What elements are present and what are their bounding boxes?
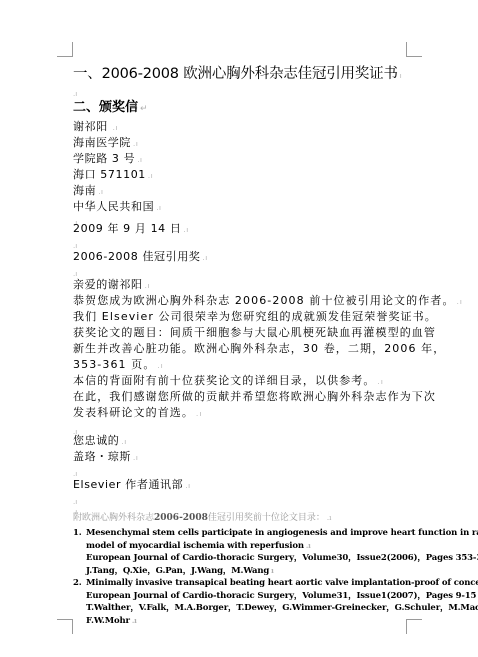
paragraph-mark: .ı bbox=[157, 362, 163, 370]
letter-signer: 盖珞・琼斯.ı bbox=[73, 450, 138, 465]
paragraph-mark: .ı bbox=[185, 482, 190, 490]
address-city-postcode: 海口 571101.ı bbox=[73, 168, 153, 183]
margin-corner-top-right bbox=[406, 42, 422, 57]
paragraph-mark: .ı bbox=[156, 204, 161, 212]
body-line: 获奖论文的题目：间质干细胞参与大鼠心肌梗死缺血再灌模型的血管 bbox=[73, 326, 436, 339]
paragraph-mark: .ı bbox=[137, 156, 142, 164]
paragraph-mark: .ı bbox=[327, 514, 331, 522]
address-province: 海南.ı bbox=[73, 184, 104, 199]
address-name: 谢祁阳 .ı bbox=[73, 120, 118, 135]
address-country: 中华人民共和国.ı bbox=[73, 200, 162, 215]
margin-corner-top-left bbox=[57, 42, 73, 57]
body-line: 353-361 页。.ı bbox=[73, 358, 164, 373]
body-line: 新生并改善心脏功能。欧洲心胸外科杂志，30 卷，二期，2006 年， bbox=[73, 342, 445, 355]
letter-salutation: 亲爱的谢祁阳.ı bbox=[73, 278, 150, 293]
paragraph-mark: .ı bbox=[133, 454, 138, 462]
paragraph-mark: .ı bbox=[133, 140, 138, 148]
letter-date: 2009 年 9 月 14 日.ı bbox=[73, 222, 189, 237]
attachment-header: 附欧洲心胸外科杂志2006-2008佳冠引用奖前十位论文目录：.ı bbox=[73, 512, 331, 525]
paragraph-mark: ı bbox=[271, 566, 274, 575]
paragraph-mark: .ı bbox=[121, 438, 126, 446]
section2-title: 二、颁奖信↵ bbox=[73, 100, 148, 117]
paragraph-mark: .ı bbox=[202, 254, 207, 262]
body-line: 本信的背面附有前十位获奖论文的详细目录，以供参考。.ı bbox=[73, 374, 384, 389]
body-line: 恭贺您成为欧洲心胸外科杂志 2006-2008 前十位被引用论文的作者。.ı bbox=[73, 294, 463, 309]
section1-title: 一、2006-2008 欧洲心胸外科杂志佳冠引用奖证书ı bbox=[73, 65, 402, 85]
paragraph-mark: .ı bbox=[145, 282, 150, 290]
margin-corner-bottom-right bbox=[406, 619, 422, 634]
return-mark: ↵ bbox=[140, 104, 148, 114]
letter-closing: 您忠诚的.ı bbox=[73, 434, 127, 449]
letter-department: Elsevier 作者通讯部.ı bbox=[73, 478, 191, 493]
document-page: 一、2006-2008 欧洲心胸外科杂志佳冠引用奖证书ı .ı 二、颁奖信↵ 谢… bbox=[0, 0, 478, 657]
address-institution: 海南医学院.ı bbox=[73, 136, 138, 151]
paragraph-mark: .ı bbox=[196, 410, 202, 418]
letter-subject: 2006-2008 佳冠引用奖.ı bbox=[73, 250, 208, 265]
paragraph-mark: .ı bbox=[183, 226, 188, 234]
paragraph-mark: ı bbox=[400, 72, 402, 80]
body-line: 发表科研论文的首选。.ı bbox=[73, 406, 202, 421]
address-street: 学院路 3 号.ı bbox=[73, 152, 143, 167]
paragraph-mark: .ı bbox=[132, 616, 137, 625]
paragraph-mark: .ı bbox=[306, 541, 311, 550]
paragraph-mark: .ı bbox=[148, 172, 153, 180]
body-line: 我们 Elsevier 公司很荣幸为您研究组的成就颁发佳冠荣誉奖证书。 bbox=[73, 310, 437, 323]
body-line: 在此，我们感谢您所做的贡献并希望您将欧洲心胸外科杂志作为下次 bbox=[73, 390, 436, 403]
paragraph-mark: .ı bbox=[110, 124, 118, 132]
paragraph-mark: .ı bbox=[457, 298, 463, 306]
margin-corner-bottom-left bbox=[57, 619, 73, 634]
paragraph-mark: .ı bbox=[378, 378, 384, 386]
paragraph-mark: .ı bbox=[98, 188, 103, 196]
